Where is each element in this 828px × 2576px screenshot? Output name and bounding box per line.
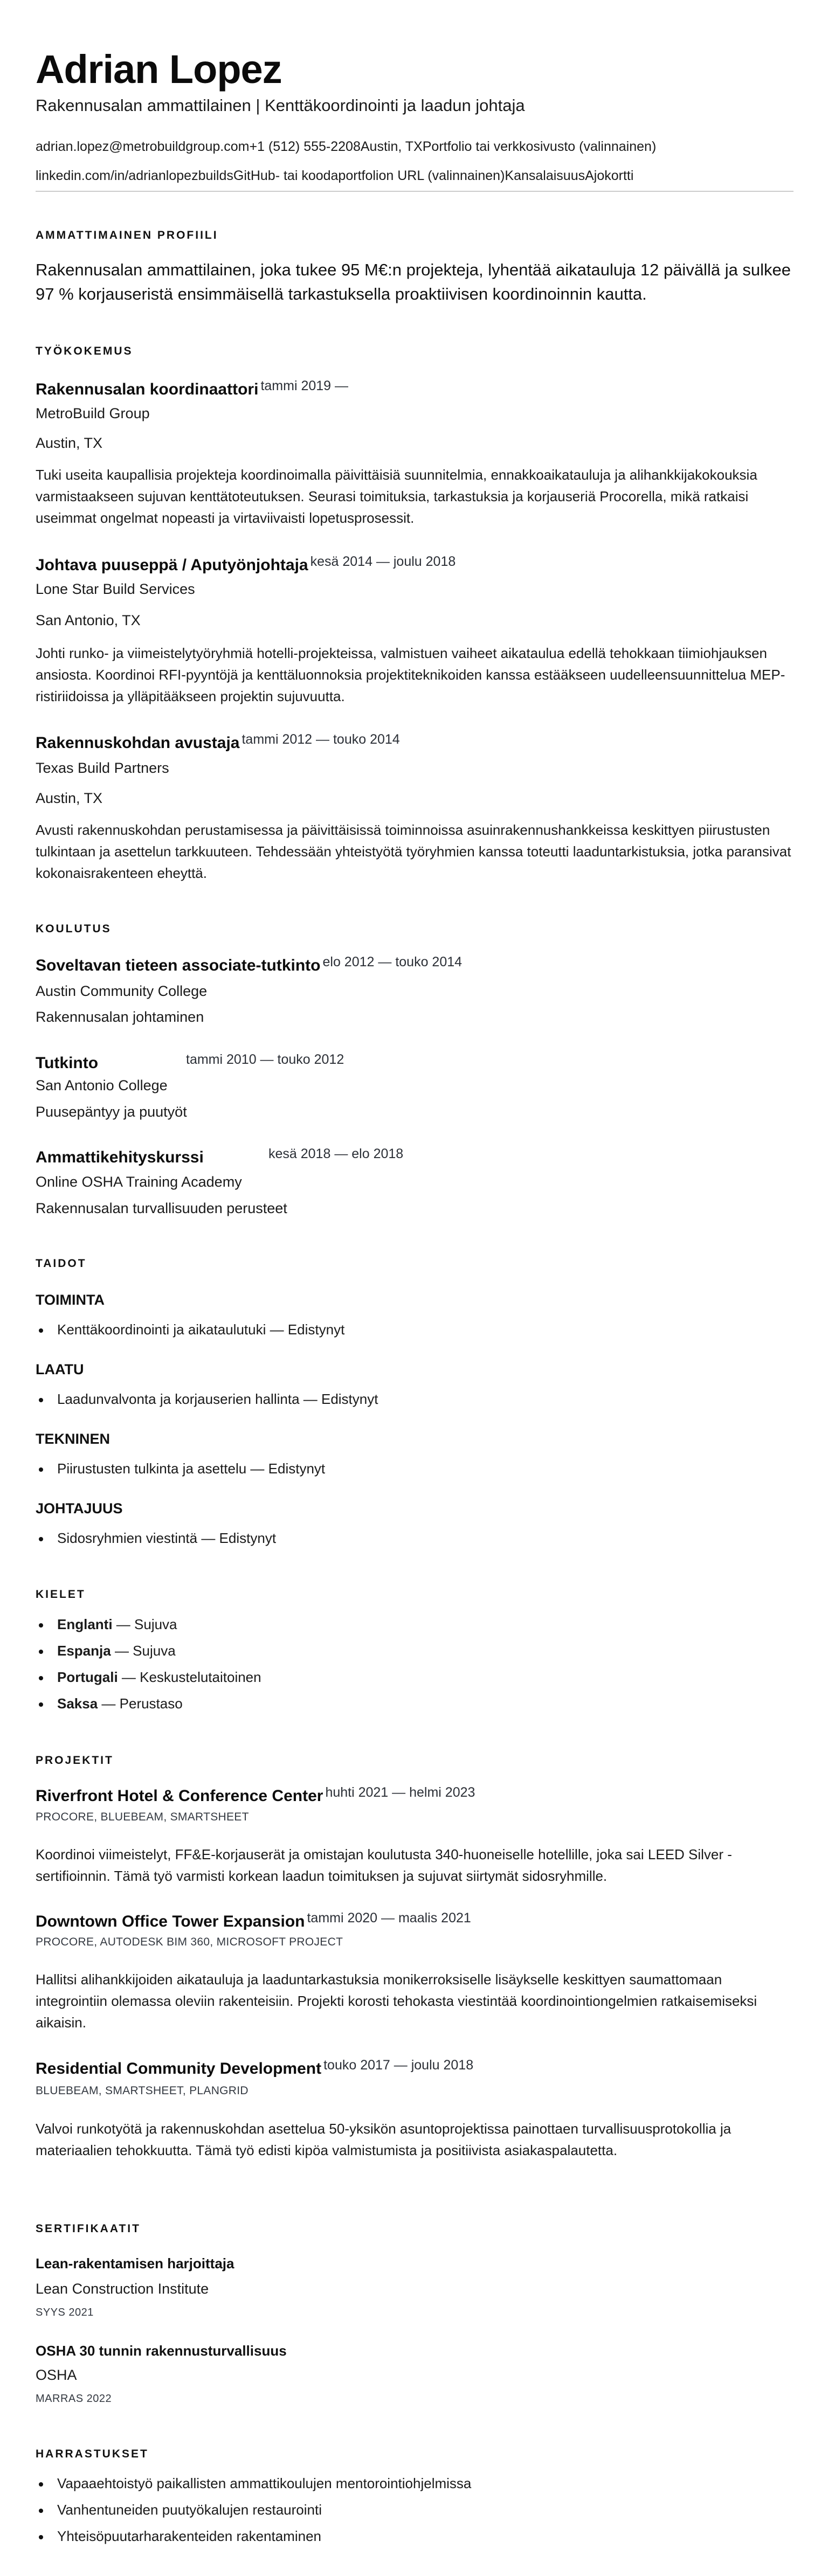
job-title: Rakennusalan koordinaattori xyxy=(36,380,258,398)
job-dates: tammi 2012 — touko 2014 xyxy=(241,732,399,747)
job-location: Austin, TX xyxy=(36,435,102,452)
field-of-study: Rakennusalan turvallisuuden perusteet xyxy=(36,1200,287,1217)
language-item: Espanja — Sujuva xyxy=(36,1643,176,1659)
language-name: Portugali xyxy=(57,1669,118,1685)
education-dates: tammi 2010 — touko 2012 xyxy=(186,1052,344,1067)
school-name: San Antonio College xyxy=(36,1077,168,1094)
hobby-item: Vapaaehtoistyö paikallisten ammattikoulu… xyxy=(36,2475,471,2492)
project-tools: PROCORE, BLUEBEAM, SMARTSHEET xyxy=(36,1811,249,1824)
language-item: Saksa — Perustaso xyxy=(36,1695,183,1712)
job-title: Johtava puuseppä / Aputyönjohtaja xyxy=(36,556,308,574)
education-dates: kesä 2018 — elo 2018 xyxy=(268,1146,403,1161)
skill-category: LAATU xyxy=(36,1361,84,1378)
certification-date: MARRAS 2022 xyxy=(36,2393,112,2405)
email-link[interactable]: adrian.lopez@metrobuildgroup.com xyxy=(36,139,249,154)
headline: Rakennusalan ammattilainen | Kenttäkoord… xyxy=(36,96,525,115)
github-link[interactable]: GitHub- tai koodaportfolion URL (valinna… xyxy=(233,168,505,183)
job-company: Lone Star Build Services xyxy=(36,581,195,598)
field-of-study: Rakennusalan johtaminen xyxy=(36,1009,204,1026)
skill-category: TEKNINEN xyxy=(36,1431,110,1448)
contact-line-1: adrian.lopez@metrobuildgroup.com+1 (512)… xyxy=(36,139,656,155)
language-level: Perustaso xyxy=(120,1695,183,1712)
job-entry: Rakennuskohdan avustajatammi 2012 — touk… xyxy=(36,734,400,752)
section-heading-profile: AMMATTIMAINEN PROFIILI xyxy=(36,229,218,242)
language-name: Saksa xyxy=(57,1695,98,1712)
project-entry: Residential Community Developmenttouko 2… xyxy=(36,2060,473,2078)
project-tools: BLUEBEAM, SMARTSHEET, PLANGRID xyxy=(36,2085,249,2097)
skill-item: Piirustusten tulkinta ja asettelu — Edis… xyxy=(36,1460,325,1477)
hobby-item: Yhteisöpuutarharakenteiden rakentaminen xyxy=(36,2528,321,2545)
location: Austin, TX xyxy=(361,139,423,154)
project-description: Valvoi runkotyötä ja rakennuskohdan aset… xyxy=(36,2118,793,2161)
education-entry: Ammattikehityskurssikesä 2018 — elo 2018 xyxy=(36,1148,403,1167)
language-item: Englanti — Sujuva xyxy=(36,1616,177,1633)
job-entry: Rakennusalan koordinaattoritammi 2019 — xyxy=(36,380,348,399)
candidate-name: Adrian Lopez xyxy=(36,46,282,92)
language-item: Portugali — Keskustelutaitoinen xyxy=(36,1669,261,1686)
skill-item: Sidosryhmien viestintä — Edistynyt xyxy=(36,1530,276,1547)
phone: +1 (512) 555-2208 xyxy=(249,139,360,154)
job-description: Tuki useita kaupallisia projekteja koord… xyxy=(36,464,793,529)
project-entry: Riverfront Hotel & Conference Centerhuht… xyxy=(36,1787,475,1805)
profile-summary: Rakennusalan ammattilainen, joka tukee 9… xyxy=(36,258,793,306)
certification-date: SYYS 2021 xyxy=(36,2307,94,2319)
project-title: Residential Community Development xyxy=(36,2060,321,2078)
language-name: Englanti xyxy=(57,1616,113,1632)
education-entry: Tutkintotammi 2010 — touko 2012 xyxy=(36,1054,344,1072)
hobby-item: Vanhentuneiden puutyökalujen restauroint… xyxy=(36,2502,322,2518)
certification-issuer: Lean Construction Institute xyxy=(36,2281,209,2297)
job-company: MetroBuild Group xyxy=(36,405,150,422)
skill-item: Kenttäkoordinointi ja aikataulutuki — Ed… xyxy=(36,1321,344,1338)
job-description: Johti runko- ja viimeistelytyöryhmiä hot… xyxy=(36,642,793,707)
certification-title: OSHA 30 tunnin rakennusturvallisuus xyxy=(36,2343,287,2359)
portfolio-link[interactable]: Portfolio tai verkkosivusto (valinnainen… xyxy=(423,139,657,154)
job-entry: Johtava puuseppä / Aputyönjohtajakesä 20… xyxy=(36,556,456,574)
skill-category: TOIMINTA xyxy=(36,1292,105,1308)
language-level: Keskustelutaitoinen xyxy=(140,1669,261,1685)
certification-issuer: OSHA xyxy=(36,2367,77,2384)
header-divider xyxy=(36,191,793,192)
degree-title: Tutkinto xyxy=(36,1054,184,1072)
project-dates: touko 2017 — joulu 2018 xyxy=(323,2058,473,2073)
section-heading-education: KOULUTUS xyxy=(36,923,112,936)
drivers-license: Ajokortti xyxy=(585,168,633,183)
degree-title: Ammattikehityskurssi xyxy=(36,1148,266,1167)
citizenship: Kansalaisuus xyxy=(505,168,585,183)
skill-item: Laadunvalvonta ja korjauserien hallinta … xyxy=(36,1391,378,1408)
language-name: Espanja xyxy=(57,1643,111,1659)
job-description: Avusti rakennuskohdan perustamisessa ja … xyxy=(36,819,793,884)
section-heading-experience: TYÖKOKEMUS xyxy=(36,345,133,358)
field-of-study: Puusepäntyy ja puutyöt xyxy=(36,1104,187,1120)
project-title: Riverfront Hotel & Conference Center xyxy=(36,1787,323,1805)
language-level: Sujuva xyxy=(133,1643,176,1659)
section-heading-projects: PROJEKTIT xyxy=(36,1754,114,1767)
job-dates: tammi 2019 — xyxy=(260,378,348,393)
job-title: Rakennuskohdan avustaja xyxy=(36,734,239,752)
section-heading-certifications: SERTIFIKAATIT xyxy=(36,2222,141,2235)
certification-title: Lean-rakentamisen harjoittaja xyxy=(36,2255,234,2272)
section-heading-hobbies: HARRASTUKSET xyxy=(36,2448,149,2461)
job-location: San Antonio, TX xyxy=(36,612,141,629)
linkedin-link[interactable]: linkedin.com/in/adrianlopezbuilds xyxy=(36,168,233,183)
project-entry: Downtown Office Tower Expansiontammi 202… xyxy=(36,1913,471,1931)
section-heading-skills: TAIDOT xyxy=(36,1257,87,1270)
section-heading-languages: KIELET xyxy=(36,1588,86,1601)
project-tools: PROCORE, AUTODESK BIM 360, MICROSOFT PRO… xyxy=(36,1936,343,1949)
skill-category: JOHTAJUUS xyxy=(36,1500,123,1517)
project-dates: tammi 2020 — maalis 2021 xyxy=(307,1910,471,1926)
job-company: Texas Build Partners xyxy=(36,760,169,777)
project-title: Downtown Office Tower Expansion xyxy=(36,1913,305,1930)
project-description: Hallitsi alihankkijoiden aikatauluja ja … xyxy=(36,1969,793,2033)
school-name: Austin Community College xyxy=(36,983,207,1000)
education-entry: Soveltavan tieteen associate-tutkintoelo… xyxy=(36,957,462,975)
school-name: Online OSHA Training Academy xyxy=(36,1174,242,1190)
degree-title: Soveltavan tieteen associate-tutkinto xyxy=(36,957,321,974)
project-dates: huhti 2021 — helmi 2023 xyxy=(325,1785,475,1800)
job-dates: kesä 2014 — joulu 2018 xyxy=(310,554,456,569)
language-level: Sujuva xyxy=(134,1616,177,1632)
job-location: Austin, TX xyxy=(36,790,102,807)
education-dates: elo 2012 — touko 2014 xyxy=(323,954,463,970)
contact-line-2: linkedin.com/in/adrianlopezbuildsGitHub-… xyxy=(36,168,633,184)
project-description: Koordinoi viimeistelyt, FF&E-korjauserät… xyxy=(36,1844,793,1887)
